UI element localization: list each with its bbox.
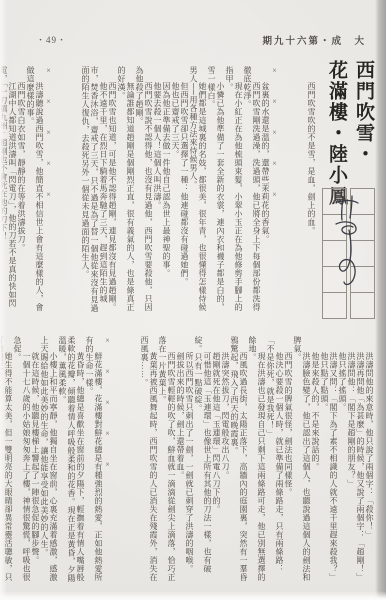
paragraph: 洪濤臉色變了，他已認出了這個人，也聽說過這個人的劍法和脾氣。 xyxy=(293,336,311,588)
paragraph: 洪濤又問：「閣下為了素不相識的人就不遠千里趕來殺我？」 xyxy=(329,336,338,588)
paragraph: 她們都是這城裏的名妓，都很美，很年青，也很懂得怎樣侍候男人──用各種方法來侍候男… xyxy=(189,66,207,314)
paragraph: 可惜他這「玉連環」也像世上所有其他的刀法一樣，也有破綻。只有一點破綻。 xyxy=(194,336,212,588)
paragraph: 洪濤問他：「閣下是趙剛的朋友？」 xyxy=(347,336,356,588)
paragraph: 趙剛就死在他這「玉連環」閃電八刀下的。 xyxy=(212,336,221,588)
paragraph: 小樓上和平而寧靜，他獨自坐在窗前，心裏充滿着感激，感激上天賜給他如此美妙的生命，… xyxy=(40,336,58,588)
paragraph: 鮮花滿樓，花滿樓對鮮花總是有種強烈的熱愛，正如他熱愛所有的生命一樣。 xyxy=(85,336,103,588)
paragraph: 西門吹雪說不認得他，也沒有見過他，西門吹雪要殺他，只因為他殺了趙剛。 xyxy=(135,66,153,314)
paragraph: 洪濤問他的來意時，他只說了兩個字：「殺你！」 xyxy=(365,336,374,588)
paragraph: 他只搖了搖頭。 xyxy=(338,336,347,588)
paragraph: 就在這時候，他聽見樓梯上響起了一陣很急促的腳步聲。 xyxy=(31,336,40,588)
paragraph: 西門吹雪吹的不是雪，是血，劍上的血。 xyxy=(307,66,316,314)
paragraph: 小憐已為他準備了一套全新的衣裳，連內衣和襪子都是白的，雪一樣白。 xyxy=(207,66,225,314)
paragraph: 他不遠千里，在烈日下騎着馬奔馳了三天，趕到這陌生的城市，焚香沐浴，齋戒了三天，只… xyxy=(81,66,108,314)
paragraph: 他決心要殺一個人時，就已準備了兩條路走，只有兩條路：「不是你死，就是我死！」 xyxy=(266,336,284,588)
paragraph: 洪濤再問他「為甚麼」的時候，他又說了兩個字：「趙剛！」 xyxy=(356,336,365,588)
paragraph: 因為他正準備去做一件他自己認為世上最神聖的事。 xyxy=(162,66,171,314)
paragraph: 洪濤突然拔刀，閃電般攻出八刀。 xyxy=(221,336,230,588)
paragraph: 西門吹雪的脾氣很怪，劍法也同樣怪。 xyxy=(284,336,293,588)
paragraph: 西門吹雪也知道，可是他不認得趙剛，連見都沒有見過趙剛。 xyxy=(108,66,117,314)
paragraph: 西門吹雪剛洗過澡，洗過頭，他已將全身上下每個部份都洗得徹底乾淨。 xyxy=(243,66,261,314)
paragraph: 劍拔出來的時候，劍上還帶着血。 xyxy=(176,336,185,588)
paragraph: 他只點了點頭。 xyxy=(320,336,329,588)
paragraph: 西風吹過長街，太陽正落下，高牆內的庭園裏，突然有一羣昏鴉驚起，飛入了西天的晚霞裏… xyxy=(230,336,248,588)
paragraph: 他也已齋戒了三天。 xyxy=(171,66,180,314)
scan-edge-right xyxy=(375,0,386,600)
scan-edge-bottom xyxy=(0,591,386,600)
paragraph: 黃昏時，他總是喜歡坐在窗前的夕陽下，輕撫着有情人嘴唇般柔軟的花瓣，傾聽着情人呼吸… xyxy=(58,336,85,588)
paragraph: 西門吹雪輕輕的吹了吹，鮮血就一滴滴從劍尖上滴落，恰巧正落在一片黃葉上。 xyxy=(158,336,176,588)
section-separator: × × × × × xyxy=(44,66,81,314)
paragraph: 洪濤聽說過西門吹雪，他簡直不相信世上會有這麼樣的人，會做這麼樣的事。 xyxy=(26,66,44,314)
manuscript-grid-area xyxy=(319,188,375,320)
handwritten-signature xyxy=(327,194,369,290)
scan-edge-left xyxy=(0,0,7,600)
paragraph: 無論誰都知道趙剛是個剛烈正直，很有義氣的人，也是條真正的好漢。 xyxy=(117,66,135,314)
page-number: ・49・ xyxy=(36,33,67,46)
paragraph: 但西門吹雪卻只選擇了一種：他連碰都沒有碰過她們。 xyxy=(180,66,189,314)
paragraph: 現在洪濤也已發現自己只剩下這兩條路可走，他已別無選擇的餘地。 xyxy=(248,336,266,588)
paragraph: 現在小紅正在為他梳頭束髮，小翠小玉正在為他修剪手腳上的指甲。 xyxy=(225,66,243,314)
paragraph: 西門吹雪白衣如雪，靜靜的在等着洪濤拔刀。 xyxy=(17,66,26,314)
issue-label: 期九十六第・成 大 xyxy=(262,33,366,47)
paragraph: 所以西門吹雪只刺出了一劍，一劍就已刺穿了洪濤的咽喉。 xyxy=(185,336,194,588)
magazine-page-scan: ・49・ 期九十六第・成 大 西門吹雪・ 花滿樓・陸小鳳 西門吹雪吹的不是雪， xyxy=(0,0,386,600)
paragraph: 黃葉再被西風舞起時，西門吹雪的人已消失在殘霞外，消失在西風裏……。 xyxy=(140,336,158,588)
article-text-top: 西門吹雪吹的不是雪，是血，劍上的血。× × × × ×盆裏的水還是溫的，還帶些茉… xyxy=(24,66,316,314)
paragraph: 他是來殺人的，不是來說話的。 xyxy=(311,336,320,588)
paragraph: 盆裏的水還是溫的，還帶些茉莉花的香氣。 xyxy=(261,66,270,314)
section-separator: × × × × × xyxy=(270,66,307,314)
section-separator: × × × × × xyxy=(103,336,140,588)
paragraph: 他要去殺一個人！這個人叫洪濤。 xyxy=(153,66,162,314)
article-text-bottom: 洪濤問他的來意時，他只說了兩個字：「殺你！」洪濤再問他「為甚麼」的時候，他又說了… xyxy=(24,336,374,588)
paragraph: 一個十七八歲的小姑娘匆匆奔上了樓，神情很驚慌，呼吸也很急促。 xyxy=(13,336,31,588)
